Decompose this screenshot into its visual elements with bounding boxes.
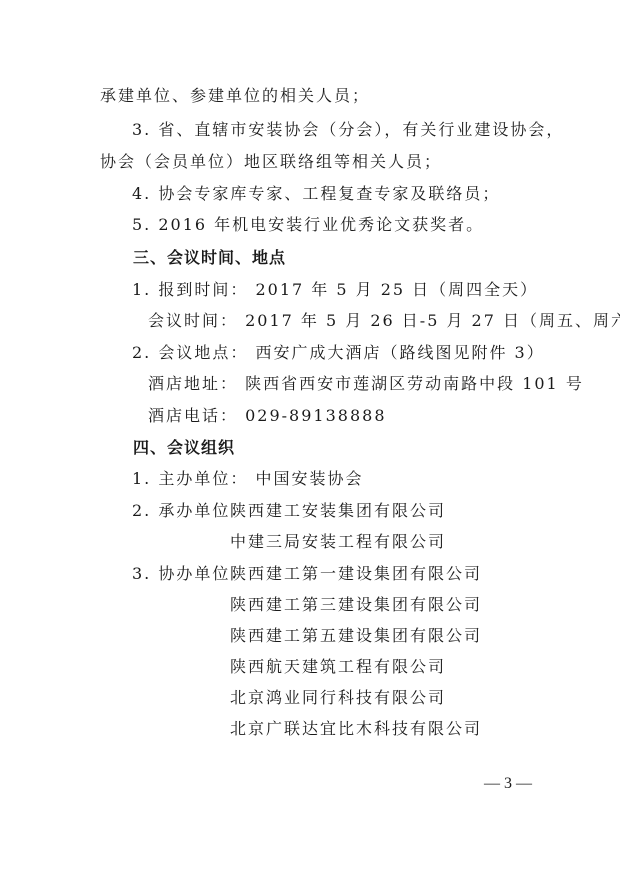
page-number: — 3 —: [484, 774, 532, 794]
co-organizer-5: 北京鸿业同行科技有限公司: [230, 688, 446, 708]
meeting-location-row: 2. 会议地点： 西安广成大酒店（路线图见附件 3）: [132, 343, 545, 363]
co-organizer-6: 北京广联达宜比木科技有限公司: [230, 719, 482, 739]
meeting-location-label: 2. 会议地点：: [132, 343, 248, 363]
hotel-address-row: 酒店地址： 陕西省西安市莲湖区劳动南路中段 101 号: [148, 374, 584, 394]
hotel-phone-value: 029-89138888: [245, 406, 386, 426]
registration-time-row: 1. 报到时间： 2017 年 5 月 25 日（周四全天）: [132, 280, 538, 300]
hotel-address-label: 酒店地址：: [148, 374, 238, 394]
organizer-1: 陕西建工安装集团有限公司: [230, 501, 446, 521]
attendee-item-4: 4. 协会专家库专家、工程复查专家及联络员；: [132, 184, 500, 204]
attendee-item-5: 5. 2016 年机电安装行业优秀论文获奖者。: [132, 215, 484, 235]
co-organizer-2: 陕西建工第三建设集团有限公司: [230, 595, 482, 615]
meeting-location-value: 西安广成大酒店（路线图见附件 3）: [255, 343, 544, 363]
hotel-phone-label: 酒店电话：: [148, 406, 238, 426]
co-organizer-3: 陕西建工第五建设集团有限公司: [230, 626, 482, 646]
attendee-item-3-line1: 3. 省、直辖市安装协会（分会），有关行业建设协会，: [132, 120, 564, 140]
organizer-2: 中建三局安装工程有限公司: [230, 532, 446, 552]
attendee-item-3-line2: 协会（会员单位）地区联络组等相关人员；: [100, 152, 442, 172]
meeting-time-label: 会议时间：: [148, 311, 238, 331]
registration-time-label: 1. 报到时间：: [132, 280, 248, 300]
hotel-phone-row: 酒店电话： 029-89138888: [148, 406, 387, 426]
hotel-address-value: 陕西省西安市莲湖区劳动南路中段 101 号: [245, 374, 584, 394]
continuation-line: 承建单位、参建单位的相关人员；: [100, 86, 370, 106]
host-value: 中国安装协会: [255, 469, 363, 489]
host-label: 1. 主办单位：: [132, 469, 248, 489]
meeting-time-row: 会议时间： 2017 年 5 月 26 日-5 月 27 日（周五、周六）: [148, 311, 620, 331]
registration-time-value: 2017 年 5 月 25 日（周四全天）: [255, 280, 538, 300]
host-row: 1. 主办单位： 中国安装协会: [132, 469, 363, 489]
meeting-time-value: 2017 年 5 月 26 日-5 月 27 日（周五、周六）: [245, 311, 620, 331]
section-4-heading: 四、会议组织: [133, 438, 235, 458]
co-organizer-1: 陕西建工第一建设集团有限公司: [230, 564, 482, 584]
section-3-heading: 三、会议时间、地点: [133, 248, 286, 268]
co-organizer-4: 陕西航天建筑工程有限公司: [230, 657, 446, 677]
